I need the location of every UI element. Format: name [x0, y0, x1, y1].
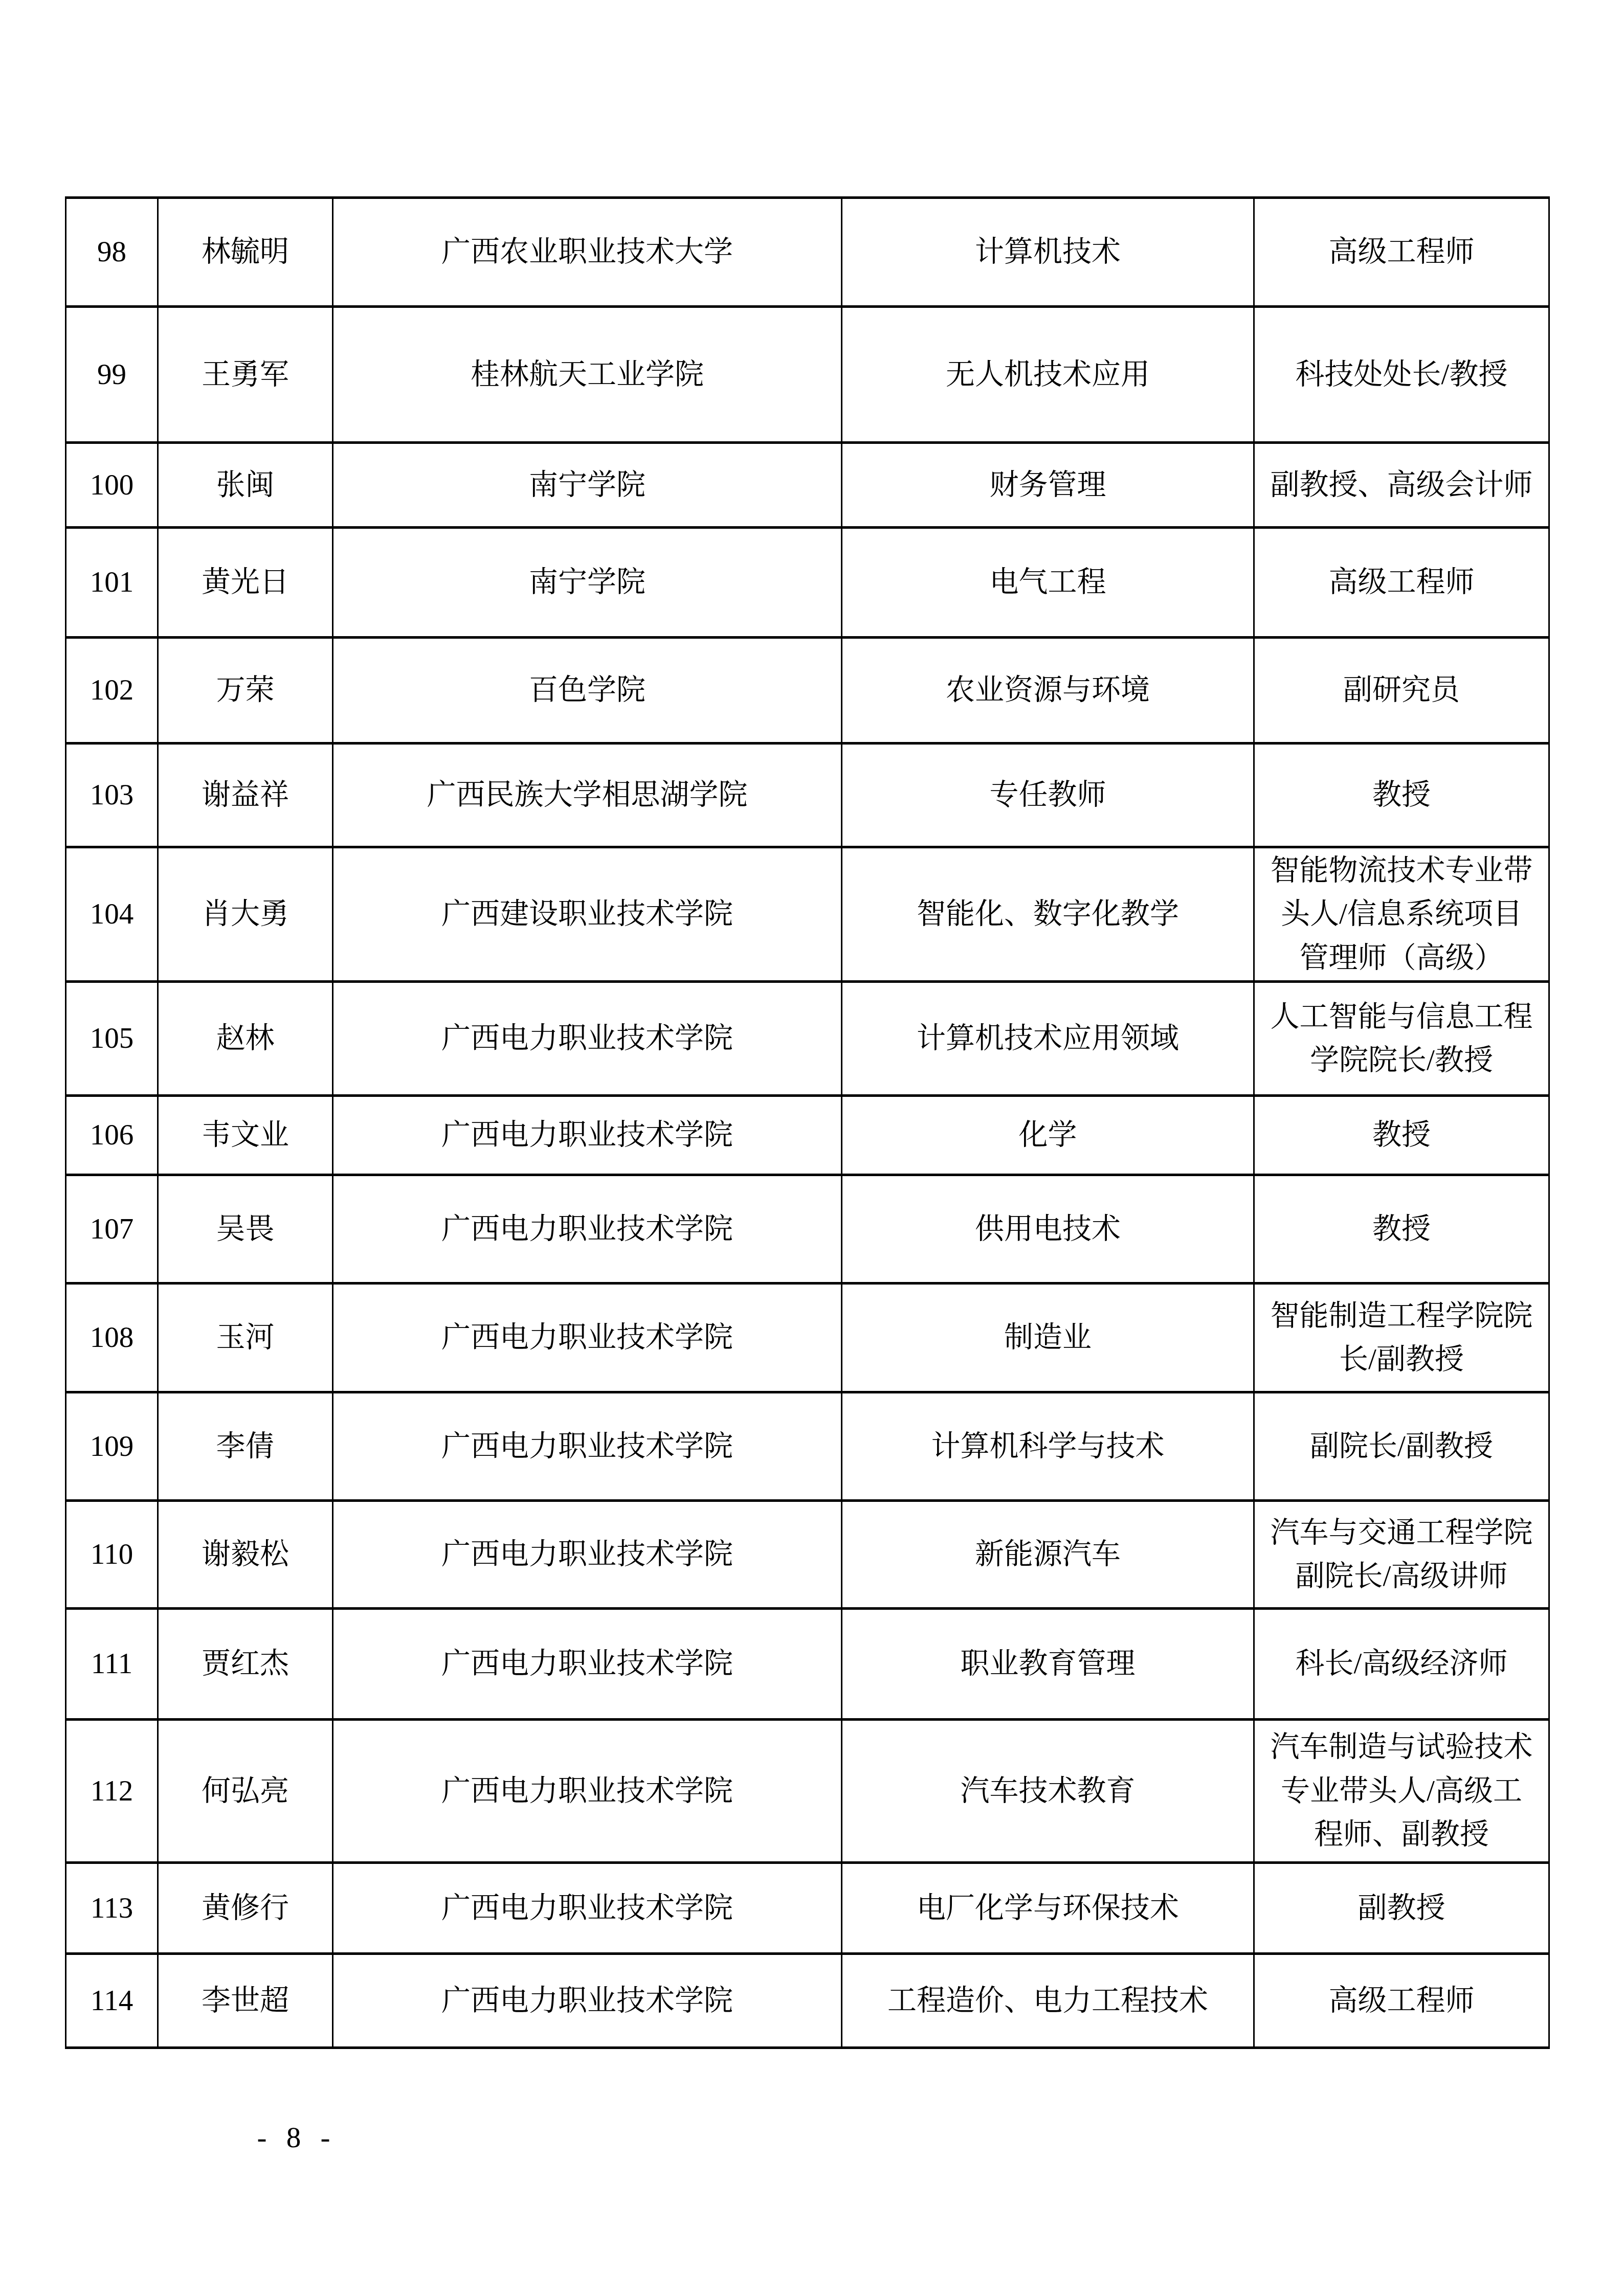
roster-table-body: 98林毓明广西农业职业技术大学计算机技术高级工程师99王勇军桂林航天工业学院无人… [66, 198, 1549, 2048]
cell-field: 财务管理 [842, 443, 1254, 528]
cell-no: 107 [66, 1175, 158, 1284]
cell-title: 高级工程师 [1254, 1954, 1549, 2048]
cell-name: 李倩 [158, 1392, 333, 1501]
cell-title: 汽车与交通工程学院副院长/高级讲师 [1254, 1501, 1549, 1609]
cell-name: 肖大勇 [158, 847, 333, 982]
cell-title: 高级工程师 [1254, 528, 1549, 638]
cell-no: 110 [66, 1501, 158, 1609]
cell-no: 109 [66, 1392, 158, 1501]
cell-name: 黄修行 [158, 1863, 333, 1954]
cell-institution: 广西电力职业技术学院 [333, 1954, 842, 2048]
cell-institution: 南宁学院 [333, 528, 842, 638]
cell-title: 智能制造工程学院院长/副教授 [1254, 1284, 1549, 1392]
cell-no: 114 [66, 1954, 158, 2048]
table-row: 104肖大勇广西建设职业技术学院智能化、数字化教学智能物流技术专业带头人/信息系… [66, 847, 1549, 982]
table-row: 114李世超广西电力职业技术学院工程造价、电力工程技术高级工程师 [66, 1954, 1549, 2048]
table-row: 99王勇军桂林航天工业学院无人机技术应用科技处处长/教授 [66, 307, 1549, 443]
cell-no: 104 [66, 847, 158, 982]
cell-field: 新能源汽车 [842, 1501, 1254, 1609]
cell-name: 玉河 [158, 1284, 333, 1392]
cell-no: 113 [66, 1863, 158, 1954]
table-row: 111贾红杰广西电力职业技术学院职业教育管理科长/高级经济师 [66, 1609, 1549, 1720]
cell-institution: 广西电力职业技术学院 [333, 1501, 842, 1609]
table-row: 108玉河广西电力职业技术学院制造业智能制造工程学院院长/副教授 [66, 1284, 1549, 1392]
cell-name: 韦文业 [158, 1096, 333, 1175]
cell-field: 智能化、数字化教学 [842, 847, 1254, 982]
cell-name: 林毓明 [158, 198, 333, 307]
table-row: 103谢益祥广西民族大学相思湖学院专任教师教授 [66, 744, 1549, 847]
cell-institution: 广西电力职业技术学院 [333, 1720, 842, 1863]
cell-title: 副研究员 [1254, 638, 1549, 744]
table-row: 113黄修行广西电力职业技术学院电厂化学与环保技术副教授 [66, 1863, 1549, 1954]
cell-no: 100 [66, 443, 158, 528]
table-row: 107吴畏广西电力职业技术学院供用电技术教授 [66, 1175, 1549, 1284]
cell-field: 电厂化学与环保技术 [842, 1863, 1254, 1954]
cell-no: 102 [66, 638, 158, 744]
cell-field: 计算机技术应用领域 [842, 982, 1254, 1096]
cell-institution: 广西电力职业技术学院 [333, 1609, 842, 1720]
cell-field: 农业资源与环境 [842, 638, 1254, 744]
cell-field: 电气工程 [842, 528, 1254, 638]
cell-name: 王勇军 [158, 307, 333, 443]
cell-field: 制造业 [842, 1284, 1254, 1392]
cell-no: 108 [66, 1284, 158, 1392]
cell-field: 汽车技术教育 [842, 1720, 1254, 1863]
document-page: 98林毓明广西农业职业技术大学计算机技术高级工程师99王勇军桂林航天工业学院无人… [0, 0, 1624, 2296]
cell-no: 101 [66, 528, 158, 638]
cell-title: 副教授 [1254, 1863, 1549, 1954]
cell-title: 副教授、高级会计师 [1254, 443, 1549, 528]
cell-field: 无人机技术应用 [842, 307, 1254, 443]
cell-name: 谢益祥 [158, 744, 333, 847]
cell-no: 98 [66, 198, 158, 307]
cell-field: 职业教育管理 [842, 1609, 1254, 1720]
cell-institution: 桂林航天工业学院 [333, 307, 842, 443]
table-row: 102万荣百色学院农业资源与环境副研究员 [66, 638, 1549, 744]
cell-title: 汽车制造与试验技术专业带头人/高级工程师、副教授 [1254, 1720, 1549, 1863]
cell-field: 工程造价、电力工程技术 [842, 1954, 1254, 2048]
page-number: - 8 - [225, 2121, 368, 2154]
cell-name: 黄光日 [158, 528, 333, 638]
cell-institution: 广西电力职业技术学院 [333, 982, 842, 1096]
cell-field: 计算机技术 [842, 198, 1254, 307]
cell-name: 张闽 [158, 443, 333, 528]
cell-name: 赵林 [158, 982, 333, 1096]
table-row: 98林毓明广西农业职业技术大学计算机技术高级工程师 [66, 198, 1549, 307]
cell-institution: 广西电力职业技术学院 [333, 1175, 842, 1284]
cell-institution: 广西农业职业技术大学 [333, 198, 842, 307]
cell-institution: 广西电力职业技术学院 [333, 1096, 842, 1175]
cell-institution: 广西电力职业技术学院 [333, 1863, 842, 1954]
cell-no: 103 [66, 744, 158, 847]
cell-name: 何弘亮 [158, 1720, 333, 1863]
cell-field: 供用电技术 [842, 1175, 1254, 1284]
table-row: 106韦文业广西电力职业技术学院化学教授 [66, 1096, 1549, 1175]
table-row: 105赵林广西电力职业技术学院计算机技术应用领域人工智能与信息工程学院院长/教授 [66, 982, 1549, 1096]
cell-title: 高级工程师 [1254, 198, 1549, 307]
cell-field: 专任教师 [842, 744, 1254, 847]
cell-institution: 广西电力职业技术学院 [333, 1284, 842, 1392]
cell-no: 99 [66, 307, 158, 443]
cell-name: 贾红杰 [158, 1609, 333, 1720]
cell-institution: 百色学院 [333, 638, 842, 744]
cell-institution: 广西电力职业技术学院 [333, 1392, 842, 1501]
personnel-table: 98林毓明广西农业职业技术大学计算机技术高级工程师99王勇军桂林航天工业学院无人… [65, 196, 1550, 2049]
cell-name: 吴畏 [158, 1175, 333, 1284]
cell-title: 智能物流技术专业带头人/信息系统项目管理师（高级） [1254, 847, 1549, 982]
cell-title: 教授 [1254, 1175, 1549, 1284]
cell-no: 105 [66, 982, 158, 1096]
table-row: 101黄光日南宁学院电气工程高级工程师 [66, 528, 1549, 638]
cell-name: 李世超 [158, 1954, 333, 2048]
cell-no: 112 [66, 1720, 158, 1863]
table-row: 100张闽南宁学院财务管理副教授、高级会计师 [66, 443, 1549, 528]
cell-name: 万荣 [158, 638, 333, 744]
cell-title: 副院长/副教授 [1254, 1392, 1549, 1501]
table-row: 109李倩广西电力职业技术学院计算机科学与技术副院长/副教授 [66, 1392, 1549, 1501]
cell-institution: 广西建设职业技术学院 [333, 847, 842, 982]
cell-title: 教授 [1254, 1096, 1549, 1175]
cell-no: 111 [66, 1609, 158, 1720]
cell-title: 教授 [1254, 744, 1549, 847]
cell-name: 谢毅松 [158, 1501, 333, 1609]
cell-institution: 南宁学院 [333, 443, 842, 528]
table-row: 112何弘亮广西电力职业技术学院汽车技术教育汽车制造与试验技术专业带头人/高级工… [66, 1720, 1549, 1863]
table-row: 110谢毅松广西电力职业技术学院新能源汽车汽车与交通工程学院副院长/高级讲师 [66, 1501, 1549, 1609]
cell-field: 化学 [842, 1096, 1254, 1175]
cell-field: 计算机科学与技术 [842, 1392, 1254, 1501]
cell-title: 科技处处长/教授 [1254, 307, 1549, 443]
cell-no: 106 [66, 1096, 158, 1175]
cell-institution: 广西民族大学相思湖学院 [333, 744, 842, 847]
cell-title: 科长/高级经济师 [1254, 1609, 1549, 1720]
cell-title: 人工智能与信息工程学院院长/教授 [1254, 982, 1549, 1096]
